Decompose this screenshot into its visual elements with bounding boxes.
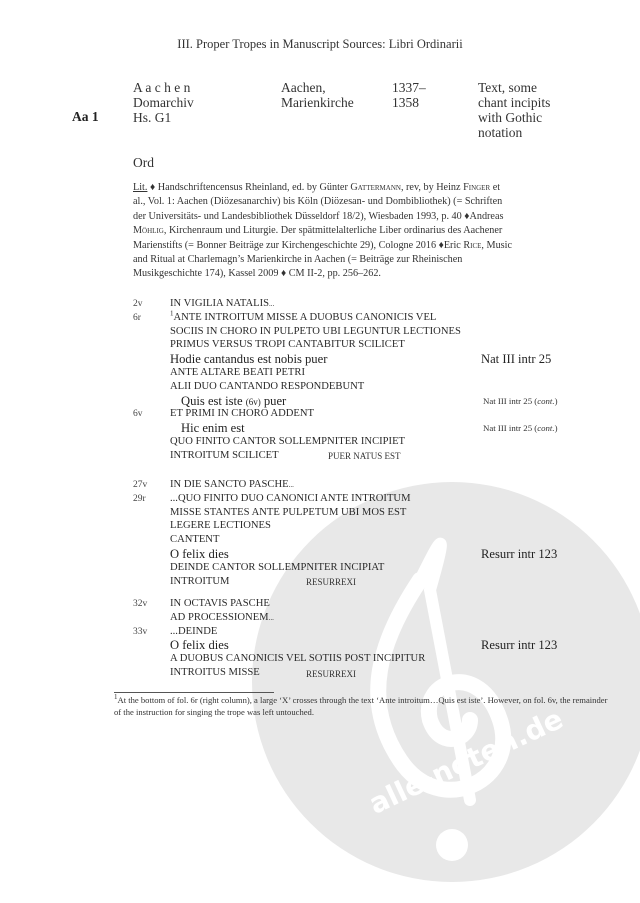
literature: Lit. ♦ Handschriftencensus Rheinland, ed… [133, 181, 513, 282]
footnote: 1At the bottom of fol. 6r (right column)… [114, 695, 614, 718]
rubric-text: INTROITUM SCILICET [170, 450, 279, 461]
rubric-text: QUO FINITO CANTOR SOLLEMPNITER INCIPIET [170, 436, 405, 447]
rubric-text: PRIMUS VERSUS TROPI CANTABITUR SCILICET [170, 339, 405, 350]
folio-number: 6r [133, 313, 141, 323]
repertory-reference: Resurr intr 123 [481, 547, 557, 562]
rubric-text: AD PROCESSIONEM... [170, 612, 274, 623]
rubric-text: SOCIIS IN CHORO IN PULPETO UBI LEGUNTUR … [170, 326, 461, 337]
rubric-text: A DUOBUS CANONICIS VEL SOTIIS POST INCIP… [170, 653, 425, 664]
rubric-text: CANTENT [170, 534, 219, 545]
chant-incipit: RESURREXI [306, 577, 356, 587]
rubric-text: ALII DUO CANTANDO RESPONDEBUNT [170, 381, 364, 392]
folio-number: 27v [133, 480, 147, 490]
folio-number: 6v [133, 409, 143, 419]
chant-incipit: PUER NATUS EST [328, 451, 401, 461]
rubric-text: IN OCTAVIS PASCHE [170, 598, 270, 609]
footnote-rule [114, 692, 274, 693]
trope-incipit: Hodie cantandus est nobis puer [170, 352, 327, 367]
trope-incipit: O felix dies [170, 638, 229, 653]
folio-number: 33v [133, 627, 147, 637]
rubric-text: DEINDE CANTOR SOLLEMPNITER INCIPIAT [170, 562, 384, 573]
trope-incipit: Hic enim est [181, 421, 245, 436]
rubric-text: LEGERE LECTIONES [170, 520, 271, 531]
trope-incipit: Quis est iste (6v) puer [181, 394, 286, 409]
repertory-reference: Nat III intr 25 [481, 352, 551, 367]
running-head: III. Proper Tropes in Manuscript Sources… [0, 37, 640, 52]
svg-text:alle-noten.de: alle-noten.de [364, 702, 568, 821]
library: A a c h e n Domarchiv Hs. G1 [133, 80, 194, 125]
siglum: Aa 1 [72, 109, 99, 125]
rubric-text: 1ANTE INTROITUM MISSE A DUOBUS CANONICIS… [170, 312, 436, 323]
rubric-text: ...DEINDE [170, 626, 217, 637]
folio-number: 29r [133, 494, 146, 504]
source-type: Ord [133, 155, 154, 170]
rubric-text: IN DIE SANCTO PASCHE... [170, 479, 294, 490]
rubric-text: ...QUO FINITO DUO CANONICI ANTE INTROITU… [170, 493, 411, 504]
date: 1337– 1358 [392, 80, 426, 110]
trope-incipit: O felix dies [170, 547, 229, 562]
chant-incipit: RESURREXI [306, 669, 356, 679]
rubric-text: INTROITUS MISSE [170, 667, 260, 678]
origin: Aachen, Marienkirche [281, 80, 354, 110]
rubric-text: ET PRIMI IN CHORO ADDENT [170, 408, 314, 419]
content-description: Text, some chant incipits with Gothic no… [478, 80, 550, 140]
repertory-reference: Nat III intr 25 (cont.) [483, 396, 558, 406]
rubric-text: ANTE ALTARE BEATI PETRI [170, 367, 305, 378]
rubric-text: INTROITUM [170, 576, 229, 587]
repertory-reference: Resurr intr 123 [481, 638, 557, 653]
rubric-text: MISSE STANTES ANTE PULPETUM UBI MOS EST [170, 507, 406, 518]
repertory-reference: Nat III intr 25 (cont.) [483, 423, 558, 433]
rubric-text: IN VIGILIA NATALIS... [170, 298, 274, 309]
folio-number: 32v [133, 599, 147, 609]
folio-number: 2v [133, 299, 143, 309]
